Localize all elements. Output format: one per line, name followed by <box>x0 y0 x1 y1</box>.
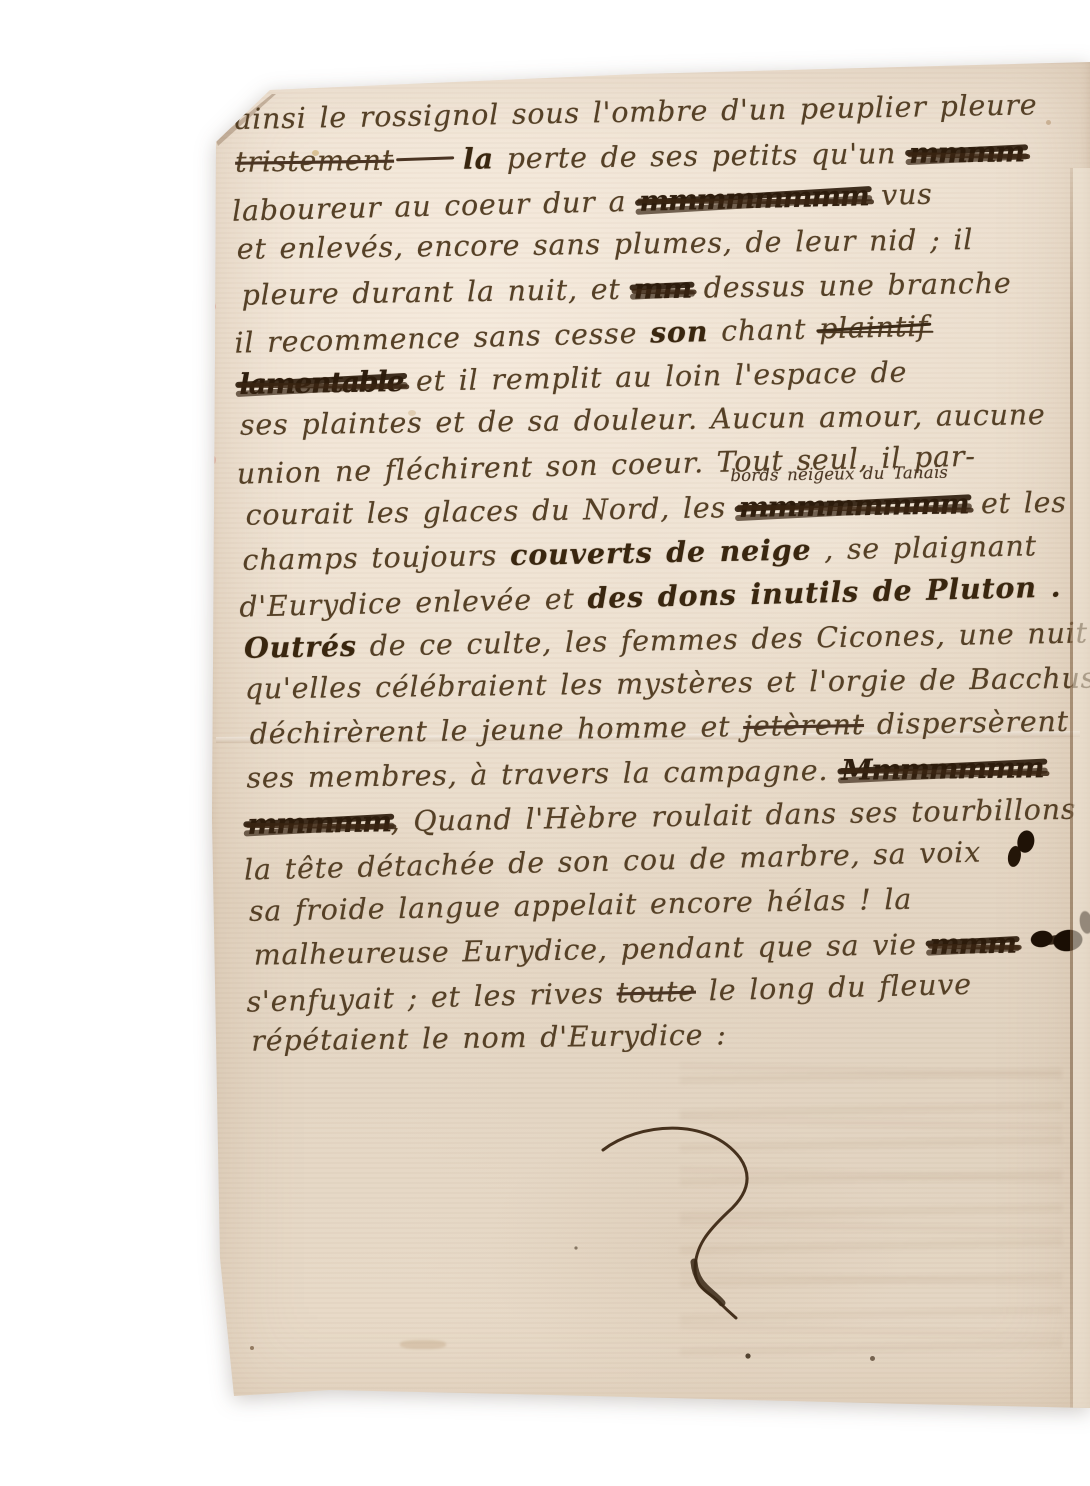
manuscript-page: ainsi le rossignol sous l'ombre d'un peu… <box>210 58 1090 1414</box>
handwritten-text: déchirèrent le jeune homme et <box>249 710 743 751</box>
handwritten-text: répétaient le nom d'Eurydice : <box>251 1018 727 1057</box>
handwritten-text-heavy: des dons inutils de Pluton . <box>587 570 1062 616</box>
scribbled-illegible-word: Mmmmmmm <box>841 750 1043 787</box>
handwritten-text: perte de ses petits qu'un <box>494 137 910 175</box>
interlinear-insertion: bords neigeux du Tanaïs <box>730 465 948 484</box>
handwritten-text: dispersèrent <box>864 705 1069 741</box>
scribbled-illegible-word: mmmmmmmmbords neigeux du Tanaïs <box>739 486 969 524</box>
scribbled-illegible-word: mmmmmmmm <box>639 178 869 218</box>
paper-stain <box>400 1340 446 1349</box>
ink-dot <box>574 1246 577 1249</box>
struck-word: tristement <box>235 144 394 179</box>
page-edge-highlight <box>1073 168 1090 1410</box>
handwritten-text: chant <box>708 312 820 348</box>
handwritten-text-heavy: couverts de neige <box>510 532 812 572</box>
handwritten-text: laboureur au coeur dur a <box>232 185 640 228</box>
flourish-paraph-mark <box>558 1098 980 1398</box>
manuscript-text: ainsi le rossignol sous l'ombre d'un peu… <box>234 82 1090 1066</box>
paper-edge-fiber <box>210 302 216 311</box>
scribbled-illegible-word: mm <box>633 271 691 306</box>
handwritten-text: vus <box>868 178 933 213</box>
handwritten-text: qu'elles célébraient les mystères et l'o… <box>245 661 1090 705</box>
ink-blot <box>1000 824 1042 874</box>
paper-edge-fiber <box>211 456 216 464</box>
handwritten-text: d'Eurydice enlevée et <box>239 582 588 623</box>
struck-word-double: plaintif <box>819 310 929 346</box>
scribbled-illegible-word: mmmm <box>909 134 1024 169</box>
handwritten-text: et il remplit au loin l'espace de <box>403 356 908 398</box>
handwritten-text: ses membres, à travers la campagne. <box>246 754 841 795</box>
photo-background: { "document_type": "handwritten manuscri… <box>0 0 1090 1486</box>
handwritten-text: et enlevés, encore sans plumes, de leur … <box>237 223 974 266</box>
handwritten-text: s'enfuyait ; et les rives <box>246 977 617 1019</box>
handwritten-text: et les <box>968 486 1067 521</box>
handwritten-text: il recommence sans cesse <box>234 317 650 360</box>
manuscript-photo: ainsi le rossignol sous l'ombre d'un peu… <box>0 0 1090 1486</box>
handwritten-text: , se plaignant <box>811 529 1037 566</box>
handwritten-text-heavy: Outrés <box>244 629 357 665</box>
handwritten-text: dessus une branche <box>691 267 1012 305</box>
paper-stain <box>250 1346 254 1350</box>
struck-word: jetèrent <box>743 708 864 743</box>
ink-dot <box>745 1353 750 1358</box>
handwritten-text: ainsi le rossignol sous l'ombre d'un peu… <box>234 88 1038 136</box>
strike-extension <box>396 156 454 161</box>
scribbled-illegible-word: mmmmm <box>247 804 391 841</box>
struck-word: toute <box>616 975 696 1010</box>
handwritten-text: champs toujours <box>242 539 510 577</box>
handwritten-text-heavy: son <box>650 314 709 349</box>
handwritten-text: de ce culte, les femmes des Cicones, une… <box>356 616 1088 662</box>
scribbled-out-word: lamentable <box>239 364 403 401</box>
handwritten-text: courait les glaces du Nord, les <box>245 491 739 532</box>
handwritten-text-heavy: la <box>463 141 494 175</box>
scribbled-illegible-word: mmm <box>929 926 1015 961</box>
handwritten-text: le long du fleuve <box>696 968 973 1008</box>
handwritten-text: pleure durant la nuit, et <box>241 273 633 312</box>
handwritten-text: malheureuse Eurydice, pendant que sa vie <box>253 928 929 972</box>
